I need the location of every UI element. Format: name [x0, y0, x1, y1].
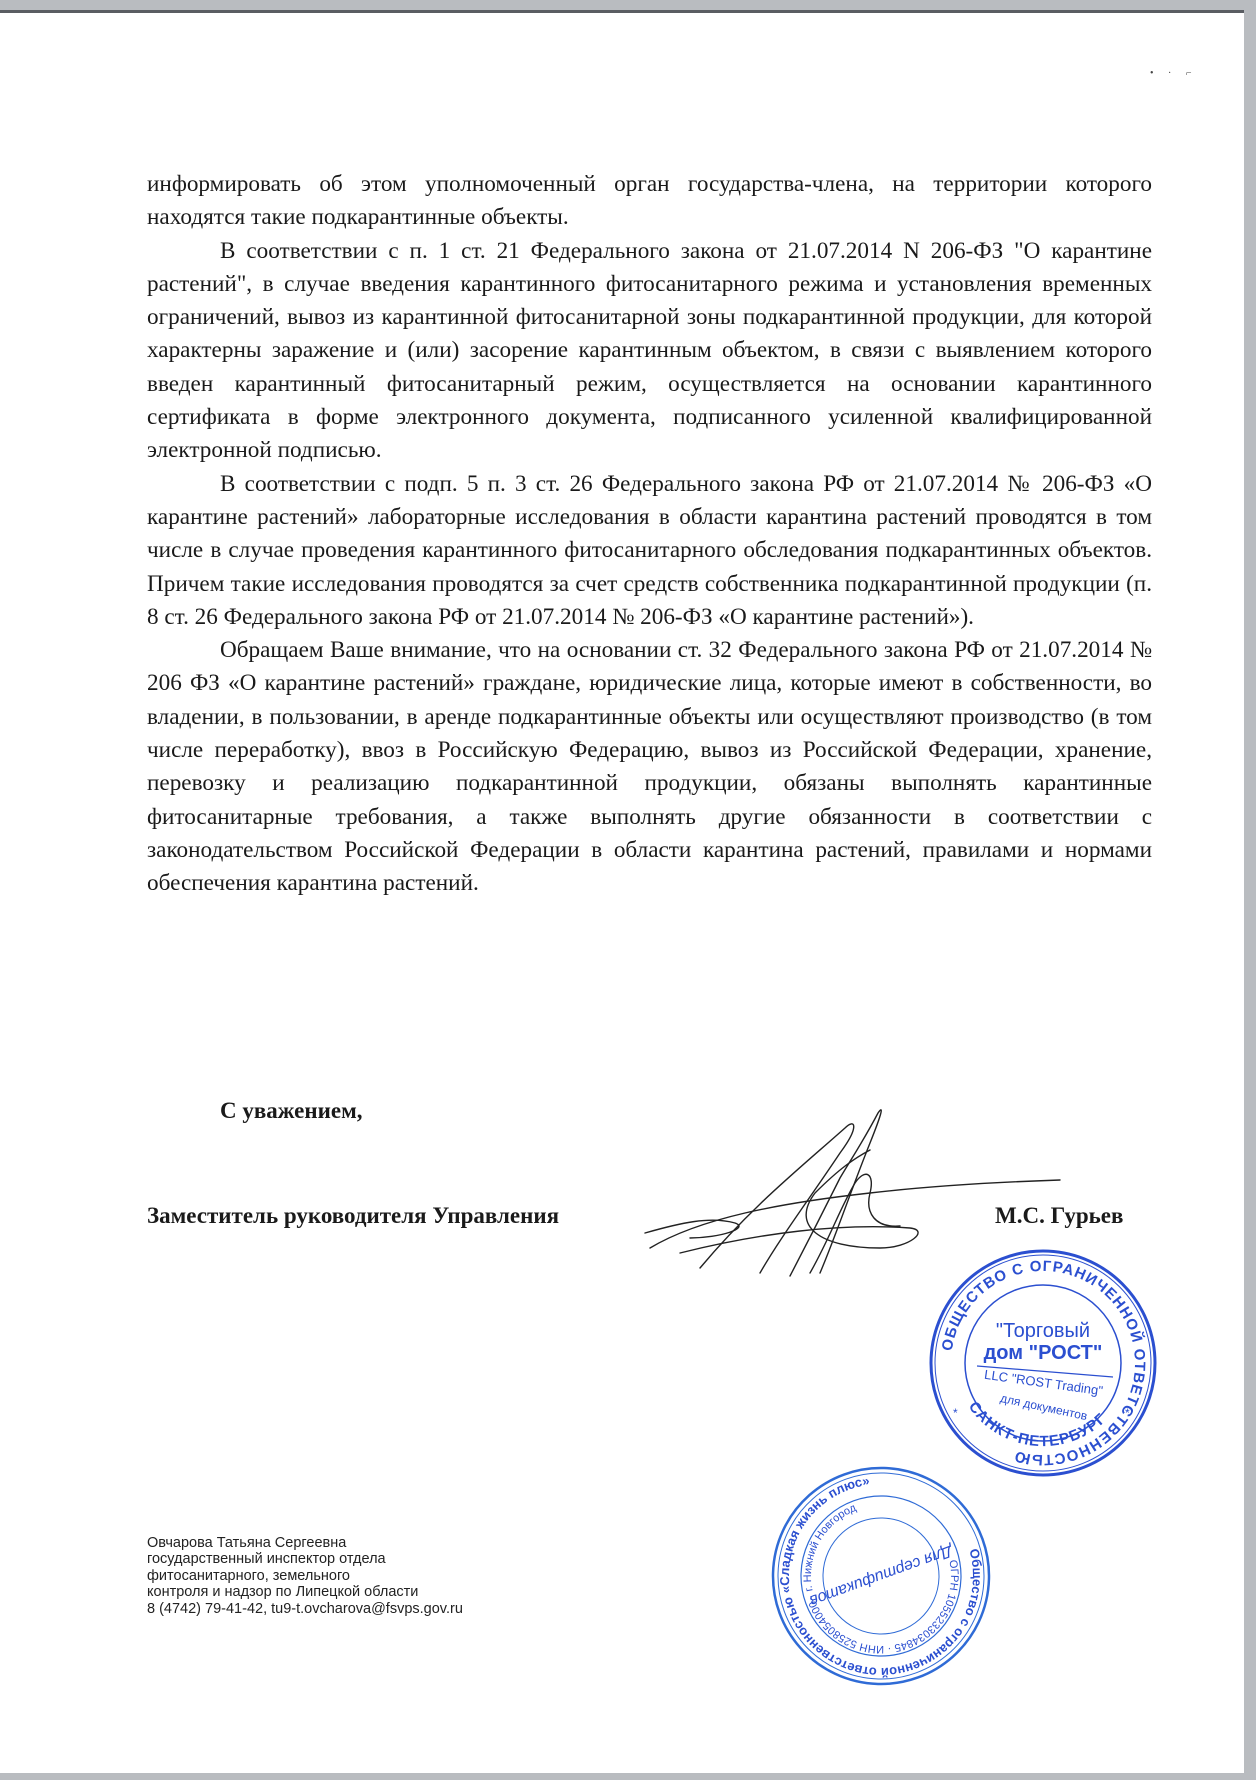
contact-phone-email: 8 (4742) 79-41-42, tu9-t.ovcharova@fsvps… [147, 1601, 463, 1617]
company-stamp-sweet-life: Общество с ограниченной ответственностью… [768, 1463, 994, 1689]
signer-position: Заместитель руководителя Управления [147, 1203, 559, 1229]
paragraph-article-21: В соответствии с п. 1 ст. 21 Федеральног… [147, 235, 1152, 468]
company-stamp-rost: ОБЩЕСТВО С ОГРАНИЧЕННОЙ ОТВЕТСТВЕННОСТЬЮ… [925, 1245, 1161, 1481]
letter-body: информировать об этом уполномоченный орг… [147, 168, 1152, 901]
paragraph-article-26: В соответствии с подп. 5 п. 3 ст. 26 Фед… [147, 468, 1152, 634]
contact-title-2: фитосанитарного, земельного [147, 1568, 463, 1584]
paragraph-continuation: информировать об этом уполномоченный орг… [147, 168, 1152, 235]
stamp-line-2: дом "РОСТ" [984, 1342, 1103, 1364]
contact-title-3: контроля и надзор по Липецкой области [147, 1584, 463, 1600]
closing-salutation: С уважением, [220, 1098, 363, 1124]
svg-text:*: * [953, 1406, 958, 1420]
paragraph-article-32: Обращаем Ваше внимание, что на основании… [147, 634, 1152, 900]
contact-title-1: государственный инспектор отдела [147, 1551, 463, 1567]
document-page: • · ⌐ информировать об этом уполномоченн… [0, 10, 1244, 1773]
scan-artifact: • · ⌐ [1150, 68, 1197, 79]
svg-text:*: * [1125, 1406, 1130, 1420]
contact-block: Овчарова Татьяна Сергеевна государственн… [147, 1535, 463, 1617]
stamp-line-1: "Торговый [996, 1320, 1090, 1342]
contact-name: Овчарова Татьяна Сергеевна [147, 1535, 463, 1551]
stamp-line-4: для документов [999, 1391, 1089, 1423]
